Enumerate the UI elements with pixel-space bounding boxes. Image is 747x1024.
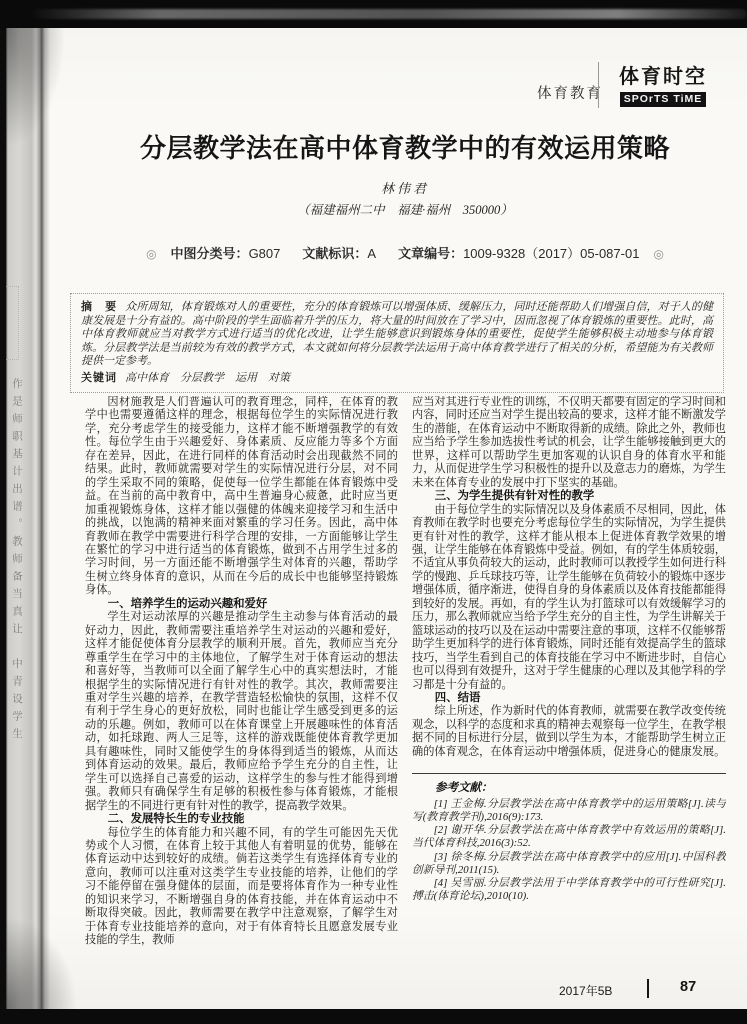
section-1-paragraph: 学生对运动浓厚的兴趣是推动学生主动参与体育活动的最好动力，因此，教师需要注重培养… [85, 611, 398, 813]
reference-item: [2] 谢开华.分层教学法在高中体育教学中有效运用的策略[J].当代体育科技,2… [412, 824, 726, 850]
references-heading: 参考文献： [412, 782, 726, 795]
footer-page-number: 87 [680, 979, 696, 995]
references-block: 参考文献： [1] 王金梅.分层教学法在高中体育教学中的运用策略[J].读与写(… [412, 773, 726, 903]
article-title: 分层教学法在高中体育教学中的有效运用策略 [85, 128, 725, 165]
gutter-shadow-top [6, 28, 66, 148]
section-3-heading: 三、为学生提供有针对性的教学 [412, 490, 726, 503]
header-divider [598, 62, 599, 108]
abstract-box: 摘 要众所周知，体育锻炼对人的重要性，充分的体育锻炼可以增强体质、缓解压力，同时… [70, 293, 724, 393]
author-affiliation: （福建福州二中 福建·福州 350000） [85, 200, 725, 218]
abstract-text: 众所周知，体育锻炼对人的重要性，充分的体育锻炼可以增强体质、缓解压力，同时还能帮… [81, 301, 713, 367]
circle-ornament-icon: ◎ [653, 247, 663, 261]
references-divider [412, 773, 726, 774]
section-4-paragraph: 综上所述，作为新时代的体育教师，就需要在教学改变传统观念，以科学的态度和求真的精… [412, 705, 726, 759]
journal-logo-subtitle: SPOrTS TiME [620, 92, 707, 107]
keywords-line: 关键词高中体育 分层教学 运用 对策 [81, 372, 713, 386]
clc-label: 中图分类号： [171, 246, 249, 261]
reference-item: [3] 徐冬梅.分层教学法在高中体育教学中的应用[J].中国科教创新导刊,201… [412, 851, 726, 877]
section-2-heading: 二、发展特长生的专业技能 [85, 813, 398, 826]
intro-paragraph: 因材施教是人们普遍认可的教育理念，同样，在体育的教学中也需要遵循这样的理念，根据… [85, 396, 398, 598]
reference-item: [1] 王金梅.分层教学法在高中体育教学中的运用策略[J].读与写(教育教学刊)… [412, 798, 726, 824]
footer-issue: 2017年5B [559, 982, 612, 999]
article-meta-row: ◎中图分类号：G807文献标识：A文章编号：1009-9328（2017）05-… [85, 243, 725, 262]
scan-light-streak [30, 9, 747, 19]
section-4-heading: 四、结语 [412, 692, 726, 705]
section-3-paragraph: 由于每位学生的实际情况以及身体素质不尽相同，因此，体育教师在教学时也要充分考虑每… [412, 504, 726, 692]
author-name: 林伟君 [85, 178, 725, 197]
journal-section-label: 体育教育 [537, 82, 603, 103]
article-id-label: 文章编号： [398, 246, 463, 261]
scanned-journal-page: 作是师职基计出谱。教师备当真让 中青设学生 体育教育 体育时空 SPOrTS T… [0, 0, 747, 1024]
adjacent-page-box-remnant [6, 286, 19, 360]
journal-logo: 体育时空 SPOrTS TiME [607, 60, 719, 107]
section-2-paragraph-continued: 应当对其进行专业性的训练，不仅明天都要有固定的学习时间和内容，同时还应当对学生提… [412, 396, 726, 490]
article-id-value: 1009-9328（2017）05-087-01 [463, 246, 639, 261]
abstract-paragraph: 摘 要众所周知，体育锻炼对人的重要性，充分的体育锻炼可以增强体质、缓解压力，同时… [81, 301, 713, 369]
reference-item: [4] 吴雪丽.分层教学法用于中学体育教学中的可行性研究[J].搏击(体育论坛)… [412, 877, 726, 903]
keywords-label: 关键词 [81, 372, 117, 384]
clc-value: G807 [249, 246, 281, 261]
section-2-paragraph: 每位学生的体育能力和兴趣不同，有的学生可能因先天优势或个人习惯，在体育上较于其他… [85, 827, 398, 948]
footer-divider [647, 979, 649, 998]
paper-page: 作是师职基计出谱。教师备当真让 中青设学生 体育教育 体育时空 SPOrTS T… [6, 28, 747, 1009]
doc-code-value: A [367, 246, 376, 261]
scan-top-edge [0, 0, 747, 30]
scan-bottom-edge [0, 1009, 747, 1024]
circle-ornament-icon: ◎ [146, 247, 156, 261]
abstract-label: 摘 要 [81, 301, 117, 313]
keywords-text: 高中体育 分层教学 运用 对策 [125, 372, 290, 384]
body-column-right: 应当对其进行专业性的训练，不仅明天都要有固定的学习时间和内容，同时还应当对学生提… [412, 396, 726, 951]
body-column-left: 因材施教是人们普遍认可的教育理念，同样，在体育的教学中也需要遵循这样的理念，根据… [85, 396, 398, 951]
doc-code-label: 文献标识： [302, 246, 367, 261]
section-1-heading: 一、培养学生的运动兴趣和爱好 [85, 598, 398, 611]
journal-logo-title: 体育时空 [607, 60, 719, 89]
gutter-bleed-text: 作是师职基计出谱。教师备当真让 中青设学生 [9, 378, 24, 958]
